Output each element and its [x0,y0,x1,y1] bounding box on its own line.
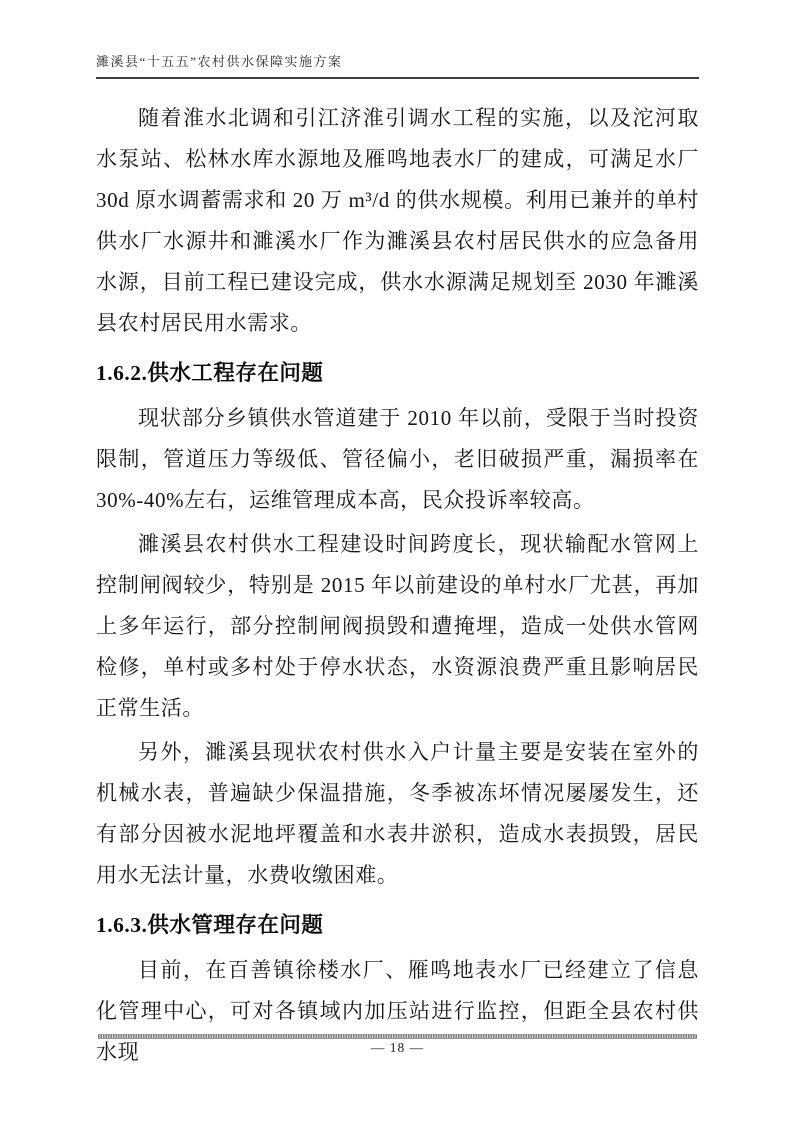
section-heading-1-6-3: 1.6.3.供水管理存在问题 [96,905,699,946]
paragraph: 另外，濉溪县现状农村供水入户计量主要是安装在室外的机械水表，普遍缺少保温措施，冬… [96,732,699,896]
document-body: 随着淮水北调和引江济淮引调水工程的实施，以及沱河取水泵站、松林水库水源地及雁鸣地… [96,95,699,1073]
page-header: 濉溪县“十五五”农村供水保障实施方案 [96,51,699,79]
page-number: — 18 — [98,1040,697,1056]
paragraph: 濉溪县农村供水工程建设时间跨度长，现状输配水管网上控制闸阀较少，特别是 2015… [96,524,699,729]
header-rule [96,77,699,79]
section-heading-1-6-2: 1.6.2.供水工程存在问题 [96,353,699,394]
footer-rule [98,1034,697,1039]
header-title: 濉溪县“十五五”农村供水保障实施方案 [96,51,699,77]
intro-paragraph: 随着淮水北调和引江济淮引调水工程的实施，以及沱河取水泵站、松林水库水源地及雁鸣地… [96,98,699,344]
document-page: 濉溪县“十五五”农村供水保障实施方案 随着淮水北调和引江济淮引调水工程的实施，以… [0,0,793,1122]
paragraph: 现状部分乡镇供水管道建于 2010 年以前，受限于当时投资限制，管道压力等级低、… [96,398,699,521]
page-footer: — 18 — [98,1034,697,1056]
